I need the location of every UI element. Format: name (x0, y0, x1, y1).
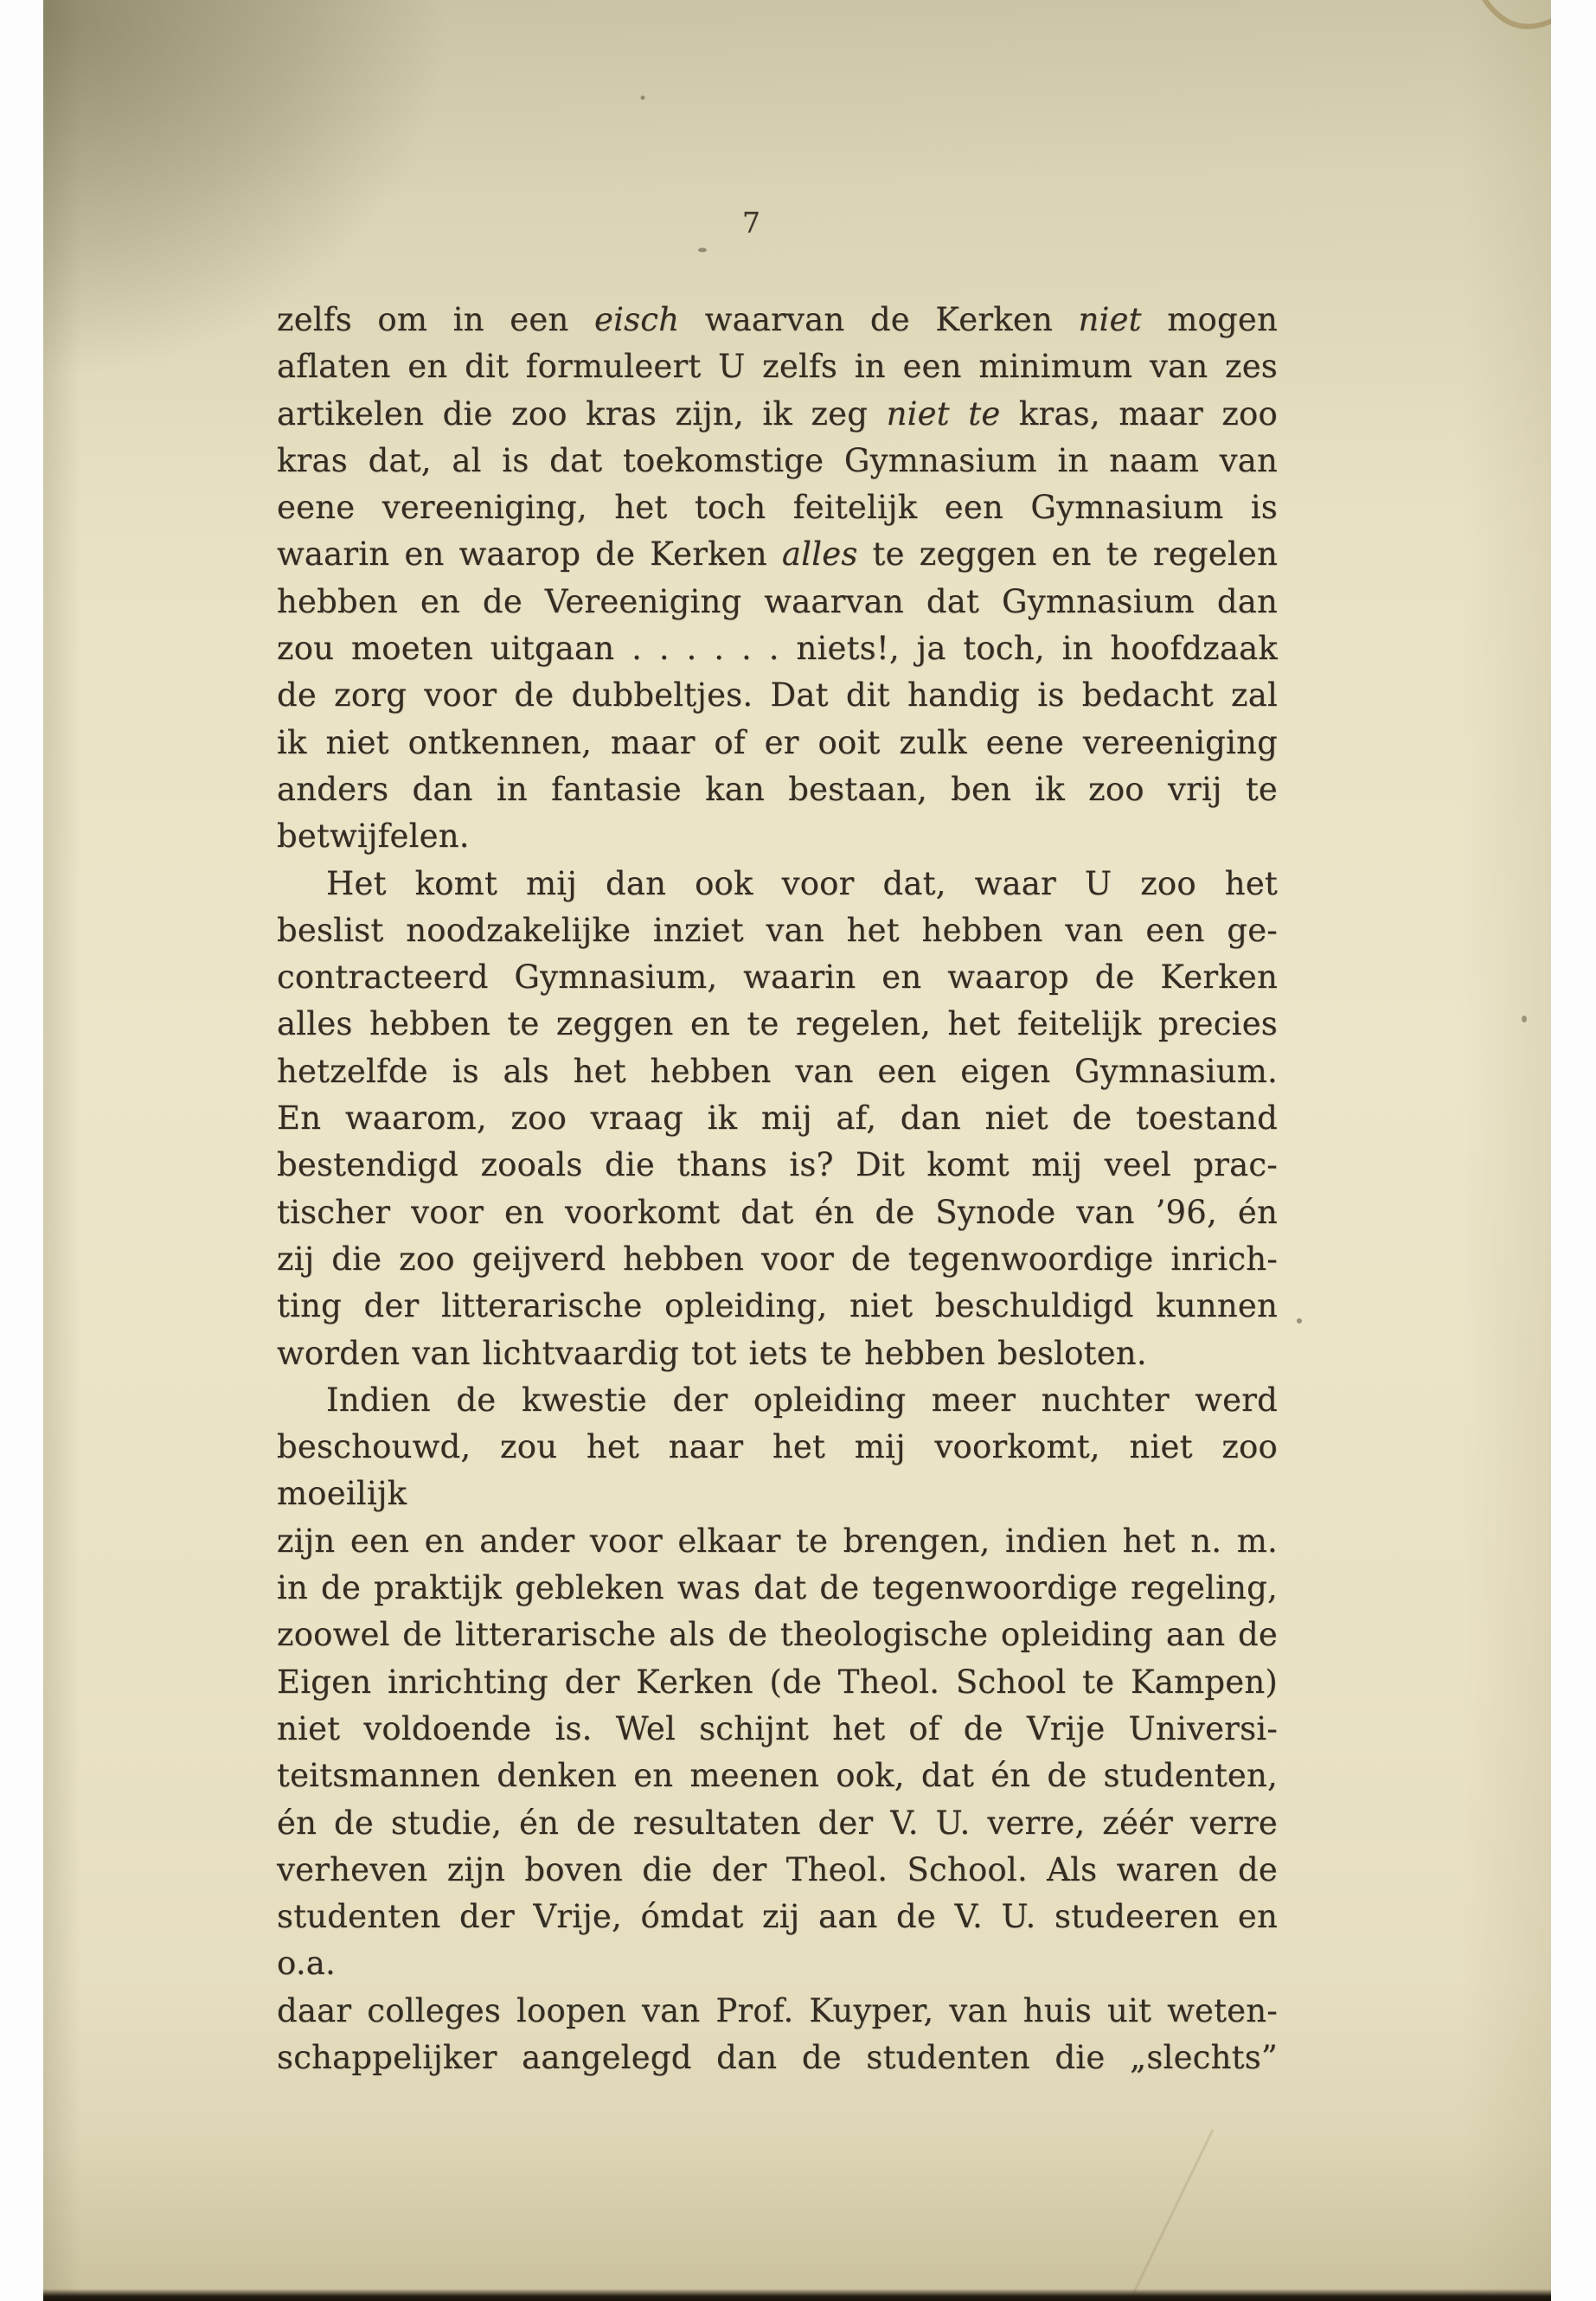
corner-stain-mark (1483, 0, 1551, 27)
text-line: anders dan in fantasie kan bestaan, ben … (277, 766, 1278, 813)
text-line: bestendigd zooals die thans is? Dit komt… (277, 1142, 1278, 1189)
body-text: zelfs om in een eisch waarvan de Kerken … (277, 297, 1278, 2081)
text-line: ting der litterarische opleiding, niet b… (277, 1283, 1278, 1330)
text-line: Indien de kwestie der opleiding meer nuc… (277, 1377, 1278, 1424)
text-line: studenten der Vrije, ómdat zij aan de V.… (277, 1894, 1278, 1988)
text-line: zoowel de litterarische als de theologis… (277, 1612, 1278, 1658)
text-line: tischer voor en voorkomt dat én de Synod… (277, 1189, 1278, 1236)
book-page: 7 zelfs om in een eisch waarvan de Kerke… (43, 0, 1551, 2301)
text-line: alles hebben te zeggen en te regelen, he… (277, 1001, 1278, 1048)
text-line: contracteerd Gymnasium, waarin en waarop… (277, 954, 1278, 1001)
text-line: verheven zijn boven die der Theol. Schoo… (277, 1847, 1278, 1894)
page-crease (1130, 2130, 1213, 2301)
text-line: beslist noodzakelijke inziet van het heb… (277, 907, 1278, 954)
text-line: schappelijker aangelegd dan de studenten… (277, 2035, 1278, 2081)
text-line: in de praktijk gebleken was dat de tegen… (277, 1565, 1278, 1612)
dust-speck (1522, 1016, 1527, 1022)
text-line: betwijfelen. (277, 813, 1278, 860)
text-line: teitsmannen denken en meenen ook, dat én… (277, 1753, 1278, 1799)
scan-left-margin (0, 0, 43, 2301)
text-line: eene vereeniging, het toch feitelijk een… (277, 484, 1278, 531)
scanned-page: 7 zelfs om in een eisch waarvan de Kerke… (0, 0, 1596, 2301)
text-line: ik niet ontkennen, maar of er ooit zulk … (277, 720, 1278, 766)
text-line: En waarom, zoo vraag ik mij af, dan niet… (277, 1095, 1278, 1142)
text-line: worden van lichtvaardig tot iets te hebb… (277, 1330, 1278, 1377)
text-line: zijn een en ander voor elkaar te brengen… (277, 1518, 1278, 1565)
text-line: waarin en waarop de Kerken alles te zegg… (277, 531, 1278, 578)
text-line: artikelen die zoo kras zijn, ik zeg niet… (277, 391, 1278, 438)
text-line: zou moeten uitgaan . . . . . . niets!, j… (277, 625, 1278, 672)
text-line: hetzelfde is als het hebben van een eige… (277, 1048, 1278, 1095)
text-line: de zorg voor de dubbeltjes. Dat dit hand… (277, 672, 1278, 719)
text-line: Eigen inrichting der Kerken (de Theol. S… (277, 1659, 1278, 1706)
text-line: daar colleges loopen van Prof. Kuyper, v… (277, 1988, 1278, 2035)
text-line: aflaten en dit formuleert U zelfs in een… (277, 343, 1278, 390)
scan-bottom-edge (43, 2289, 1551, 2301)
dust-speck (698, 248, 707, 253)
text-line: kras dat, al is dat toekomstige Gymnasiu… (277, 438, 1278, 484)
dust-speck (641, 96, 645, 100)
page-number: 7 (742, 206, 863, 240)
text-line: zelfs om in een eisch waarvan de Kerken … (277, 297, 1278, 343)
text-line: Het komt mij dan ook voor dat, waar U zo… (277, 861, 1278, 907)
text-line: hebben en de Vereeniging waarvan dat Gym… (277, 579, 1278, 625)
dust-speck (1297, 1318, 1302, 1324)
text-line: én de studie, én de resultaten der V. U.… (277, 1800, 1278, 1847)
text-line: beschouwd, zou het naar het mij voorkomt… (277, 1424, 1278, 1518)
text-line: niet voldoende is. Wel schijnt het of de… (277, 1706, 1278, 1753)
text-line: zij die zoo geijverd hebben voor de tege… (277, 1236, 1278, 1283)
scan-right-margin (1551, 0, 1596, 2301)
